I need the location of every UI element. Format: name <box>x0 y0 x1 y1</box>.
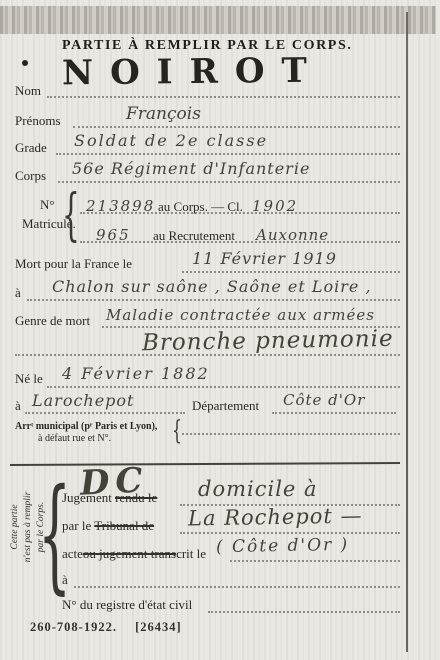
side-note-line1: Cette partie <box>9 461 22 593</box>
jugement-line3-hw: ( Côte d'Or ) <box>216 535 350 557</box>
mort-lieu-line <box>27 299 400 301</box>
arr-municipal-label-line1: Arrᵗ municipal (pʳ Paris et Lyon), <box>15 421 157 432</box>
side-note-line2: n'est pas à remplir <box>22 461 35 593</box>
matricule-label-no: N° <box>40 197 55 213</box>
genre-mort-value: Maladie contractée aux armées <box>106 306 375 324</box>
ne-le-value: 4 Février 1882 <box>62 364 210 383</box>
arr-municipal-label-line2: à défaut rue et N°. <box>38 433 111 444</box>
jugement-initials: DC <box>79 460 150 504</box>
arr-municipal-line <box>182 433 400 435</box>
nom-label: Nom <box>15 83 41 99</box>
mort-date-line <box>182 271 400 273</box>
tribunal-prefix: par le <box>62 518 91 533</box>
arr-municipal-brace: { <box>172 419 182 443</box>
matricule-brace: { <box>62 190 80 242</box>
genre-mort-label: Genre de mort <box>15 313 90 329</box>
registre-label: N° du registre d'état civil <box>62 597 192 613</box>
nom-value: NOIROT <box>62 51 324 94</box>
mort-lieu-label: à <box>15 285 21 301</box>
ink-dot <box>22 60 28 66</box>
scan-right-edge <box>406 12 408 652</box>
jugement-line4-leader <box>74 586 400 588</box>
departement-line <box>272 412 396 414</box>
footer-imprint: 260-708-1922. [26434] <box>30 620 182 635</box>
au-corps-label: au Corps. — Cl. <box>158 199 243 215</box>
prenoms-line <box>73 126 400 128</box>
record-card: PARTIE À REMPLIR PAR LE CORPS. Nom NOIRO… <box>0 0 440 660</box>
mort-date-label: Mort pour la France le <box>15 256 132 272</box>
matricule-corps-number: 213898 <box>86 197 155 215</box>
jugement-line2-leader <box>180 532 400 534</box>
jugement-line2-hw: La Rochepot — <box>188 503 363 530</box>
ne-a-label: à <box>15 398 21 414</box>
scan-top-edge <box>0 6 436 34</box>
footer-code: 260-708-1922. <box>30 620 117 634</box>
grade-value: Soldat de 2e classe <box>74 131 268 150</box>
acte-struck: ou jugement trans <box>83 546 176 561</box>
departement-label: Département <box>192 398 259 414</box>
jugement-line1-hw: domicile à <box>198 477 318 501</box>
mort-lieu-value: Chalon sur saône , Saône et Loire , <box>52 277 372 296</box>
jugement-line3-leader <box>230 560 400 562</box>
matricule-recrutement-number: 965 <box>96 226 131 244</box>
corps-label: Corps <box>15 168 46 184</box>
prenoms-value: François <box>126 104 201 124</box>
jugement-line5-leader <box>208 611 400 613</box>
footer-bracket: [26434] <box>135 620 182 634</box>
ne-a-line <box>25 412 185 414</box>
ne-le-label: Né le <box>15 371 43 387</box>
grade-label: Grade <box>15 140 47 156</box>
tribunal-label: par le Tribunal de <box>62 518 154 534</box>
tribunal-struck: Tribunal de <box>94 518 154 533</box>
nom-line <box>47 96 400 98</box>
acte-label: acteou jugement transcrit le <box>62 546 206 562</box>
acte-prefix: acte <box>62 546 83 561</box>
acte-suffix: crit le <box>176 546 206 561</box>
ne-a-value: Larochepot <box>32 391 134 410</box>
corps-value: 56e Régiment d'Infanterie <box>72 159 310 178</box>
genre-mort-value2: Bronche pneumonie <box>142 326 394 356</box>
matricule-classe: 1902 <box>252 197 298 215</box>
departement-value: Côte d'Or <box>283 391 365 409</box>
ne-le-line <box>47 386 400 388</box>
corps-line <box>58 181 400 183</box>
prenoms-label: Prénoms <box>15 113 61 129</box>
grade-line <box>56 153 400 155</box>
au-recrutement-label: au Recrutement <box>153 228 235 244</box>
mort-date-value: 11 Février 1919 <box>192 249 337 268</box>
jugement-a-label: à <box>62 572 68 588</box>
recrutement-value: Auxonne <box>256 226 329 244</box>
